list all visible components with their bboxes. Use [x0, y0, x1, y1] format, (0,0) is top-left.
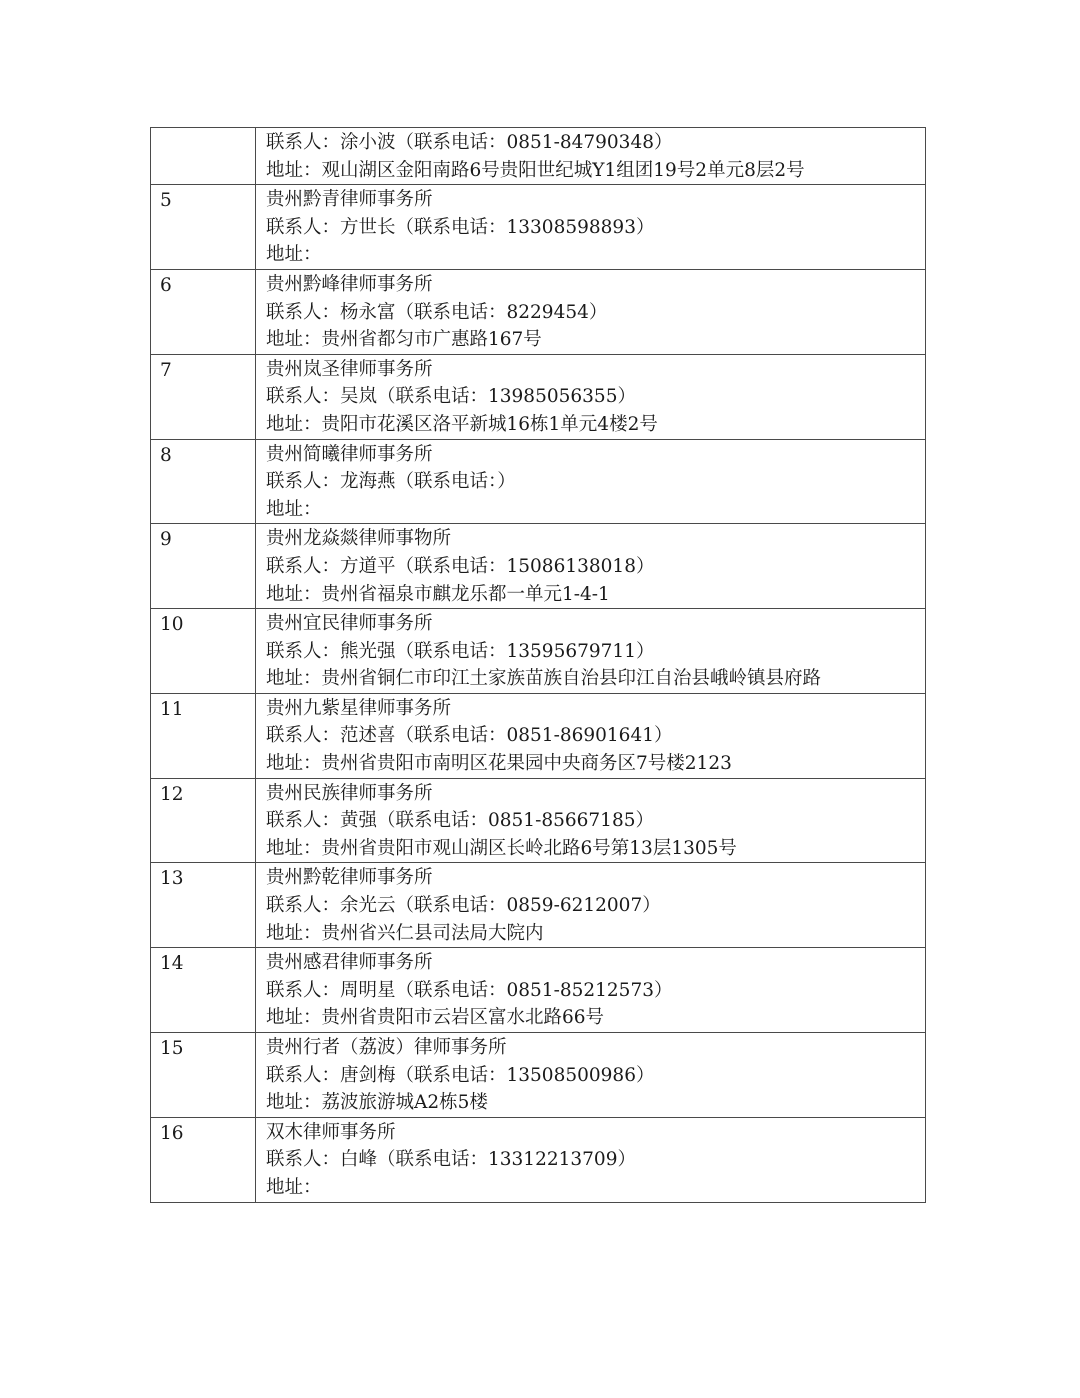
table-row: 13 贵州黔乾律师事务所 联系人：余光云（联系电话：0859-6212007） …	[151, 863, 926, 948]
row-index: 10	[160, 611, 255, 639]
table-row: 14 贵州感君律师事务所 联系人：周明星（联系电话：0851-85212573）…	[151, 948, 926, 1033]
firm-name: 贵州黔青律师事务所	[266, 186, 925, 214]
row-index-cell: 12	[151, 778, 256, 863]
address-line: 地址：贵阳市花溪区洛平新城16栋1单元4楼2号	[266, 411, 925, 439]
firm-info-cell: 贵州黔峰律师事务所 联系人：杨永富（联系电话：8229454） 地址：贵州省都匀…	[256, 269, 926, 354]
contact-line: 联系人：白峰（联系电话：13312213709）	[266, 1146, 925, 1174]
address-line: 地址：荔波旅游城A2栋5楼	[266, 1089, 925, 1117]
firm-info-cell: 贵州黔乾律师事务所 联系人：余光云（联系电话：0859-6212007） 地址：…	[256, 863, 926, 948]
row-index-cell: 7	[151, 354, 256, 439]
address-line: 地址：贵州省都匀市广惠路167号	[266, 326, 925, 354]
table-row: 8 贵州简曦律师事务所 联系人：龙海燕（联系电话：） 地址：	[151, 439, 926, 524]
firm-info-cell: 贵州黔青律师事务所 联系人：方世长（联系电话：13308598893） 地址：	[256, 185, 926, 270]
contact-line: 联系人：周明星（联系电话：0851-85212573）	[266, 977, 925, 1005]
row-index-cell: 10	[151, 609, 256, 694]
firm-info-cell: 双木律师事务所 联系人：白峰（联系电话：13312213709） 地址：	[256, 1117, 926, 1202]
firm-name: 贵州龙焱燚律师事物所	[266, 525, 925, 553]
firm-name: 贵州黔乾律师事务所	[266, 864, 925, 892]
row-index-cell: 13	[151, 863, 256, 948]
contact-line: 联系人：杨永富（联系电话：8229454）	[266, 299, 925, 327]
address-line: 地址：贵州省福泉市麒龙乐都一单元1-4-1	[266, 581, 925, 609]
contact-line: 联系人：吴岚（联系电话：13985056355）	[266, 383, 925, 411]
row-index-cell: 5	[151, 185, 256, 270]
contact-line: 联系人：方道平（联系电话：15086138018）	[266, 553, 925, 581]
firm-info-cell: 贵州感君律师事务所 联系人：周明星（联系电话：0851-85212573） 地址…	[256, 948, 926, 1033]
row-index-cell: 11	[151, 693, 256, 778]
table-row: 6 贵州黔峰律师事务所 联系人：杨永富（联系电话：8229454） 地址：贵州省…	[151, 269, 926, 354]
contact-line: 联系人：余光云（联系电话：0859-6212007）	[266, 892, 925, 920]
contact-line: 联系人：涂小波（联系电话：0851-84790348）	[266, 129, 925, 157]
table-row: 10 贵州宜民律师事务所 联系人：熊光强（联系电话：13595679711） 地…	[151, 609, 926, 694]
firm-info-cell: 贵州民族律师事务所 联系人：黄强（联系电话：0851-85667185） 地址：…	[256, 778, 926, 863]
firm-name: 贵州简曦律师事务所	[266, 441, 925, 469]
row-index-cell: 16	[151, 1117, 256, 1202]
row-index: 5	[160, 187, 255, 215]
address-line: 地址：观山湖区金阳南路6号贵阳世纪城Y1组团19号2单元8层2号	[266, 157, 925, 185]
address-line: 地址：贵州省贵阳市云岩区富水北路66号	[266, 1004, 925, 1032]
address-line: 地址：	[266, 1174, 925, 1202]
table-row: 15 贵州行者（荔波）律师事务所 联系人：唐剑梅（联系电话：1350850098…	[151, 1033, 926, 1118]
row-index: 14	[160, 950, 255, 978]
contact-line: 联系人：熊光强（联系电话：13595679711）	[266, 638, 925, 666]
row-index-cell: 9	[151, 524, 256, 609]
firm-name: 贵州宜民律师事务所	[266, 610, 925, 638]
firm-info-cell: 贵州岚圣律师事务所 联系人：吴岚（联系电话：13985056355） 地址：贵阳…	[256, 354, 926, 439]
firm-info-cell: 联系人：涂小波（联系电话：0851-84790348） 地址：观山湖区金阳南路6…	[256, 128, 926, 185]
row-index: 9	[160, 526, 255, 554]
firm-info-cell: 贵州行者（荔波）律师事务所 联系人：唐剑梅（联系电话：13508500986） …	[256, 1033, 926, 1118]
contact-line: 联系人：唐剑梅（联系电话：13508500986）	[266, 1062, 925, 1090]
table-row: 联系人：涂小波（联系电话：0851-84790348） 地址：观山湖区金阳南路6…	[151, 128, 926, 185]
address-line: 地址：贵州省铜仁市印江土家族苗族自治县印江自治县峨岭镇县府路	[266, 665, 925, 693]
row-index-cell: 6	[151, 269, 256, 354]
firm-info-cell: 贵州简曦律师事务所 联系人：龙海燕（联系电话：） 地址：	[256, 439, 926, 524]
firm-name: 贵州岚圣律师事务所	[266, 356, 925, 384]
firm-name: 双木律师事务所	[266, 1119, 925, 1147]
firm-info-cell: 贵州九紫星律师事务所 联系人：范述喜（联系电话：0851-86901641） 地…	[256, 693, 926, 778]
address-line: 地址：贵州省贵阳市南明区花果园中央商务区7号楼2123	[266, 750, 925, 778]
law-firm-table: 联系人：涂小波（联系电话：0851-84790348） 地址：观山湖区金阳南路6…	[150, 127, 926, 1203]
table-row: 5 贵州黔青律师事务所 联系人：方世长（联系电话：13308598893） 地址…	[151, 185, 926, 270]
row-index: 13	[160, 865, 255, 893]
address-line: 地址：	[266, 496, 925, 524]
document-page: 联系人：涂小波（联系电话：0851-84790348） 地址：观山湖区金阳南路6…	[0, 0, 1080, 1398]
firm-info-cell: 贵州龙焱燚律师事物所 联系人：方道平（联系电话：15086138018） 地址：…	[256, 524, 926, 609]
row-index-cell: 8	[151, 439, 256, 524]
table-row: 12 贵州民族律师事务所 联系人：黄强（联系电话：0851-85667185） …	[151, 778, 926, 863]
contact-line: 联系人：范述喜（联系电话：0851-86901641）	[266, 722, 925, 750]
firm-info-cell: 贵州宜民律师事务所 联系人：熊光强（联系电话：13595679711） 地址：贵…	[256, 609, 926, 694]
firm-name: 贵州感君律师事务所	[266, 949, 925, 977]
firm-name: 贵州行者（荔波）律师事务所	[266, 1034, 925, 1062]
row-index-cell	[151, 128, 256, 185]
table-row: 16 双木律师事务所 联系人：白峰（联系电话：13312213709） 地址：	[151, 1117, 926, 1202]
table-row: 11 贵州九紫星律师事务所 联系人：范述喜（联系电话：0851-86901641…	[151, 693, 926, 778]
row-index: 16	[160, 1120, 255, 1148]
table-row: 7 贵州岚圣律师事务所 联系人：吴岚（联系电话：13985056355） 地址：…	[151, 354, 926, 439]
row-index: 15	[160, 1035, 255, 1063]
firm-name: 贵州黔峰律师事务所	[266, 271, 925, 299]
row-index: 8	[160, 442, 255, 470]
table-row: 9 贵州龙焱燚律师事物所 联系人：方道平（联系电话：15086138018） 地…	[151, 524, 926, 609]
row-index: 6	[160, 272, 255, 300]
address-line: 地址：	[266, 241, 925, 269]
firm-name: 贵州九紫星律师事务所	[266, 695, 925, 723]
row-index-cell: 14	[151, 948, 256, 1033]
contact-line: 联系人：黄强（联系电话：0851-85667185）	[266, 807, 925, 835]
address-line: 地址：贵州省贵阳市观山湖区长岭北路6号第13层1305号	[266, 835, 925, 863]
row-index: 7	[160, 357, 255, 385]
firm-name: 贵州民族律师事务所	[266, 780, 925, 808]
contact-line: 联系人：方世长（联系电话：13308598893）	[266, 214, 925, 242]
contact-line: 联系人：龙海燕（联系电话：）	[266, 468, 925, 496]
row-index: 11	[160, 696, 255, 724]
address-line: 地址：贵州省兴仁县司法局大院内	[266, 920, 925, 948]
row-index: 12	[160, 781, 255, 809]
row-index-cell: 15	[151, 1033, 256, 1118]
